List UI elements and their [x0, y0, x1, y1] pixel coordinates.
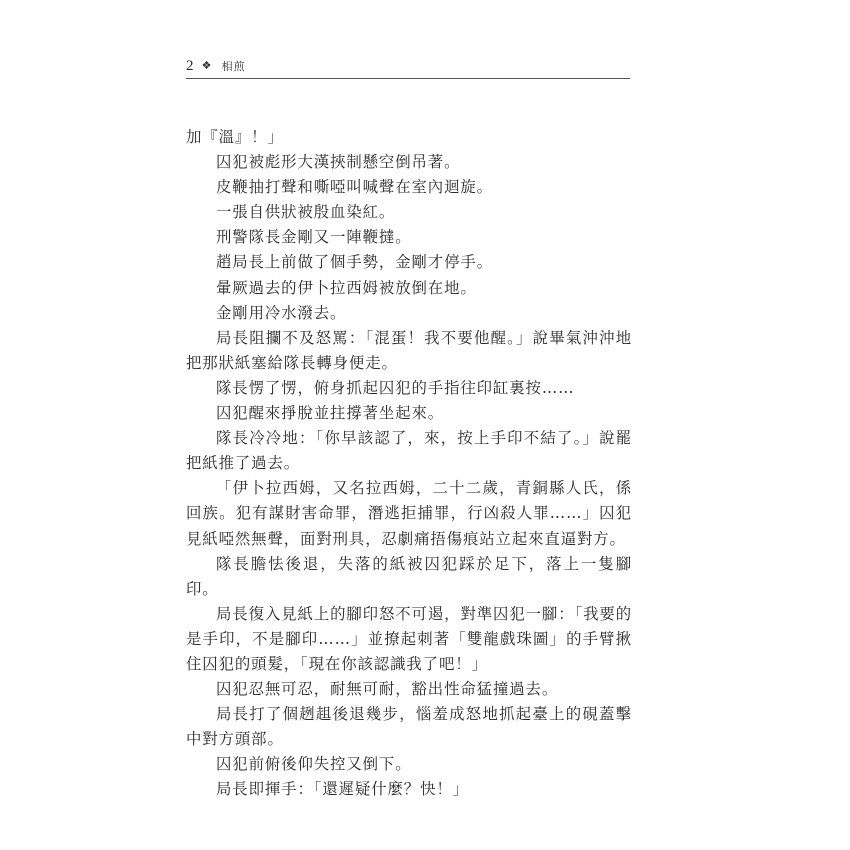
paragraph: 金剛用冷水潑去。 [186, 301, 632, 326]
body-text: 加『溫』！」 囚犯被彪形大漢挾制懸空倒吊著。 皮鞭抽打聲和嘶啞叫喊聲在室內迴旋。… [186, 125, 632, 803]
paragraph: 局長打了個趔趄後退幾步，惱羞成怒地抓起臺上的硯蓋擊中對方頭部。 [186, 702, 632, 752]
paragraph: 「伊卜拉西姆，又名拉西姆，二十二歲，青銅縣人氏，係回族。犯有謀財害命罪，潛逃拒捕… [186, 476, 632, 551]
paragraph: 隊長愣了愣，俯身抓起囚犯的手指往印缸裏按…… [186, 376, 632, 401]
running-title: 相煎 [222, 60, 246, 73]
page-number: 2 [186, 58, 194, 74]
paragraph: 囚犯被彪形大漢挾制懸空倒吊著。 [186, 150, 632, 175]
paragraph: 隊長膽怯後退，失落的紙被囚犯踩於足下，落上一隻腳印。 [186, 552, 632, 602]
paragraph: 刑警隊長金剛又一陣鞭撻。 [186, 225, 632, 250]
paragraph: 囚犯醒來掙脫並拄撐著坐起來。 [186, 401, 632, 426]
paragraph: 一張自供狀被殷血染紅。 [186, 200, 632, 225]
ornament-diamond-icon: ❖ [202, 59, 212, 72]
paragraph: 暈厥過去的伊卜拉西姆被放倒在地。 [186, 276, 632, 301]
paragraph: 局長即揮手：「還遲疑什麼？快！」 [186, 777, 632, 802]
book-page: 2 ❖ 相煎 加『溫』！」 囚犯被彪形大漢挾制懸空倒吊著。 皮鞭抽打聲和嘶啞叫喊… [0, 0, 850, 850]
paragraph: 囚犯前俯後仰失控又倒下。 [186, 752, 632, 777]
paragraph: 加『溫』！」 [186, 125, 632, 150]
paragraph: 囚犯忍無可忍，耐無可耐，豁出性命猛撞過去。 [186, 677, 632, 702]
paragraph: 局長阻攔不及怒罵：「混蛋！我不要他醒。」說畢氣沖沖地把那狀紙塞給隊長轉身便走。 [186, 326, 632, 376]
paragraph: 趙局長上前做了個手勢，金剛才停手。 [186, 250, 632, 275]
paragraph: 皮鞭抽打聲和嘶啞叫喊聲在室內迴旋。 [186, 175, 632, 200]
paragraph: 隊長冷冷地：「你早該認了，來，按上手印不結了。」說罷把紙推了過去。 [186, 426, 632, 476]
paragraph: 局長復入見紙上的腳印怒不可遏，對準囚犯一腳：「我要的是手印，不是腳印……」並撩起… [186, 602, 632, 677]
running-header: 2 ❖ 相煎 [186, 56, 630, 79]
